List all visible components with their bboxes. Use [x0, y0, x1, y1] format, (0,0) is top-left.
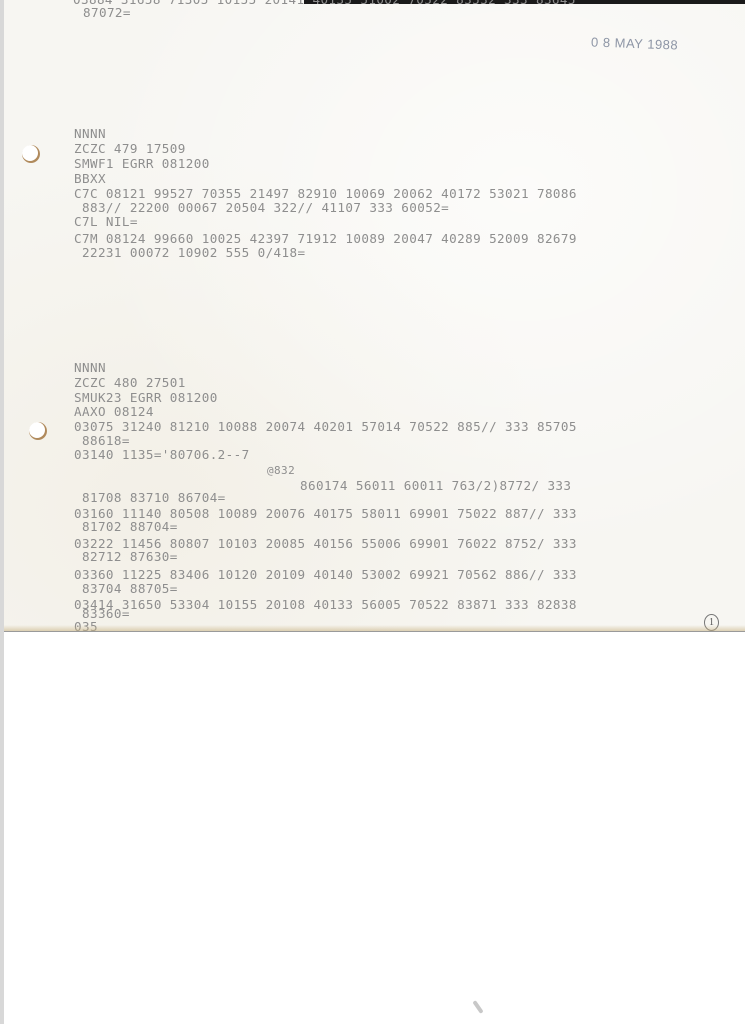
punch-hole	[29, 422, 47, 440]
teletype-printout-page: 03884 31658 71305 10155 20141 40135 5100…	[4, 0, 745, 632]
bulletin-1-line: 22231 00072 10902 555 0/418=	[74, 246, 305, 260]
bulletin-2-line: 03075 31240 81210 10088 20074 40201 5701…	[74, 420, 577, 434]
bulletin-2-line: 81702 88704=	[74, 520, 178, 534]
bulletin-2-line: 03414 31650 53304 10155 20108 40133 5600…	[74, 598, 577, 612]
punch-hole	[22, 145, 40, 163]
bulletin-2-line: 82712 87630=	[74, 550, 178, 564]
garbled-fragment: @832	[267, 464, 295, 478]
bulletin-1-line: C7C 08121 99527 70355 21497 82910 10069 …	[74, 187, 577, 201]
bulletin-2-line: NNNN	[74, 361, 106, 375]
bulletin-1-line: BBXX	[74, 172, 106, 186]
bulletin-1-line: NNNN	[74, 127, 106, 141]
bulletin-2-line: ZCZC 480 27501	[74, 376, 186, 390]
scan-speck	[472, 1000, 483, 1014]
bulletin-1-line: C7L NIL=	[74, 215, 138, 229]
bulletin-1-line: C7M 08124 99660 10025 42397 71912 10089 …	[74, 232, 577, 246]
bulletin-1-line: SMWF1 EGRR 081200	[74, 157, 210, 171]
bulletin-2-line: 83704 88705=	[74, 582, 178, 596]
bulletin-2-line: SMUK23 EGRR 081200	[74, 391, 218, 405]
header-fragment-line: 03884 31658 71305 10155 20141 40135 5100…	[73, 0, 576, 7]
bulletin-2-line: 88618=	[74, 434, 130, 448]
bulletin-2-line: AAXO 08124	[74, 405, 154, 419]
bulletin-2-line: 03140 1135='80706.2--7	[74, 448, 250, 462]
torn-edge	[4, 625, 745, 632]
header-fragment-line: 87072=	[83, 6, 131, 20]
bulletin-1-line: 883// 22200 00067 20504 322// 41107 333 …	[74, 201, 449, 215]
bulletin-2-line: 81708 83710 86704=	[74, 491, 226, 505]
bulletin-1-line: ZCZC 479 17509	[74, 142, 186, 156]
garbled-fragment: 860174 56011 60011 763/2)8772/ 333	[300, 479, 571, 493]
date-stamp: 0 8 MAY 1988	[591, 34, 679, 52]
bulletin-2-line: 03360 11225 83406 10120 20109 40140 5300…	[74, 568, 577, 582]
